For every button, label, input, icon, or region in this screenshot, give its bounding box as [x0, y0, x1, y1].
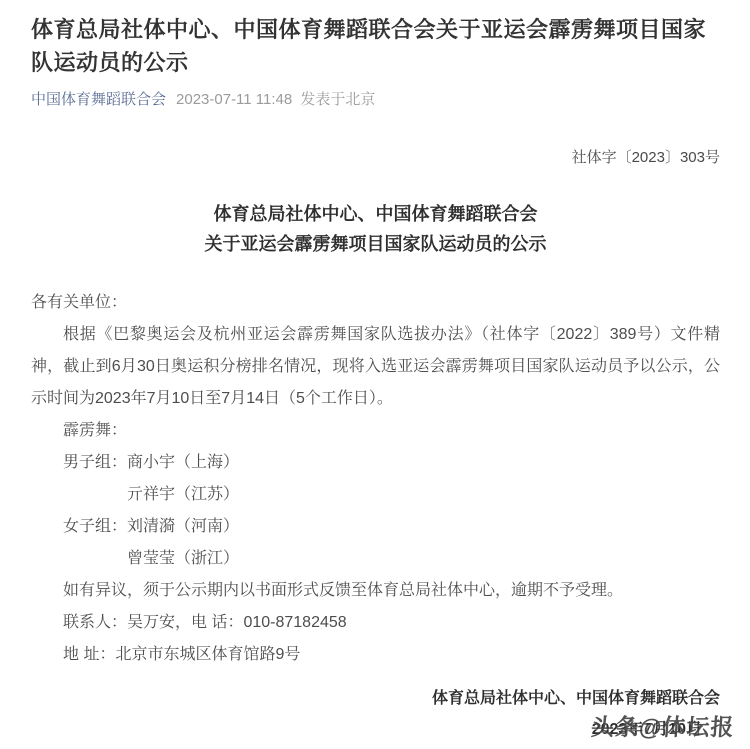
- group-men: 男子组： 商小宇（上海） 亓祥宇（江苏）: [63, 447, 720, 511]
- list-title: 霹雳舞：: [63, 415, 720, 447]
- athlete-name: 曾莹莹（浙江）: [127, 543, 720, 575]
- group-women-label: 女子组：: [63, 511, 127, 543]
- article-page: 体育总局社体中心、中国体育舞蹈联合会关于亚运会霹雳舞项目国家队运动员的公示 中国…: [0, 0, 750, 749]
- doc-heading: 体育总局社体中心、中国体育舞蹈联合会 关于亚运会霹雳舞项目国家队运动员的公示: [31, 199, 720, 259]
- account-link[interactable]: 中国体育舞蹈联合会: [31, 91, 166, 108]
- group-men-members: 商小宇（上海） 亓祥宇（江苏）: [127, 447, 720, 511]
- athlete-name: 刘清漪（河南）: [127, 511, 720, 543]
- group-men-label: 男子组：: [63, 447, 127, 479]
- signature: 体育总局社体中心、中国体育舞蹈联合会: [31, 687, 720, 711]
- address-line: 地 址：北京市东城区体育馆路9号: [63, 639, 720, 671]
- signature-date-row: 2023年7月10日 头条@体坛报: [31, 717, 720, 743]
- doc-number: 社体字〔2023〕303号: [31, 147, 720, 168]
- article-meta: 中国体育舞蹈联合会2023-07-11 11:48 发表于北京: [31, 89, 720, 110]
- doc-body: 各有关单位： 根据《巴黎奥运会及杭州亚运会霹雳舞国家队选拔办法》（社体字〔202…: [31, 287, 720, 671]
- publish-timestamp: 2023-07-11 11:48: [176, 91, 292, 108]
- article-title: 体育总局社体中心、中国体育舞蹈联合会关于亚运会霹雳舞项目国家队运动员的公示: [31, 13, 720, 79]
- publish-location: 发表于北京: [300, 91, 375, 108]
- paragraph-intro: 根据《巴黎奥运会及杭州亚运会霹雳舞国家队选拔办法》（社体字〔2022〕389号）…: [31, 319, 720, 415]
- objection-notice: 如有异议，须于公示期内以书面形式反馈至体育总局社体中心，逾期不予受理。: [63, 575, 720, 607]
- group-women: 女子组： 刘清漪（河南） 曾莹莹（浙江）: [63, 511, 720, 575]
- salutation: 各有关单位：: [31, 287, 720, 319]
- athlete-list: 霹雳舞： 男子组： 商小宇（上海） 亓祥宇（江苏） 女子组： 刘清漪（河南） 曾…: [63, 415, 720, 671]
- doc-heading-line2: 关于亚运会霹雳舞项目国家队运动员的公示: [31, 229, 720, 259]
- doc-heading-line1: 体育总局社体中心、中国体育舞蹈联合会: [31, 199, 720, 229]
- group-women-members: 刘清漪（河南） 曾莹莹（浙江）: [127, 511, 720, 575]
- toutiao-watermark: 头条@体坛报: [590, 714, 735, 740]
- athlete-name: 亓祥宇（江苏）: [127, 479, 720, 511]
- athlete-name: 商小宇（上海）: [127, 447, 720, 479]
- contact-line: 联系人：吴万安，电 话：010-87182458: [63, 607, 720, 639]
